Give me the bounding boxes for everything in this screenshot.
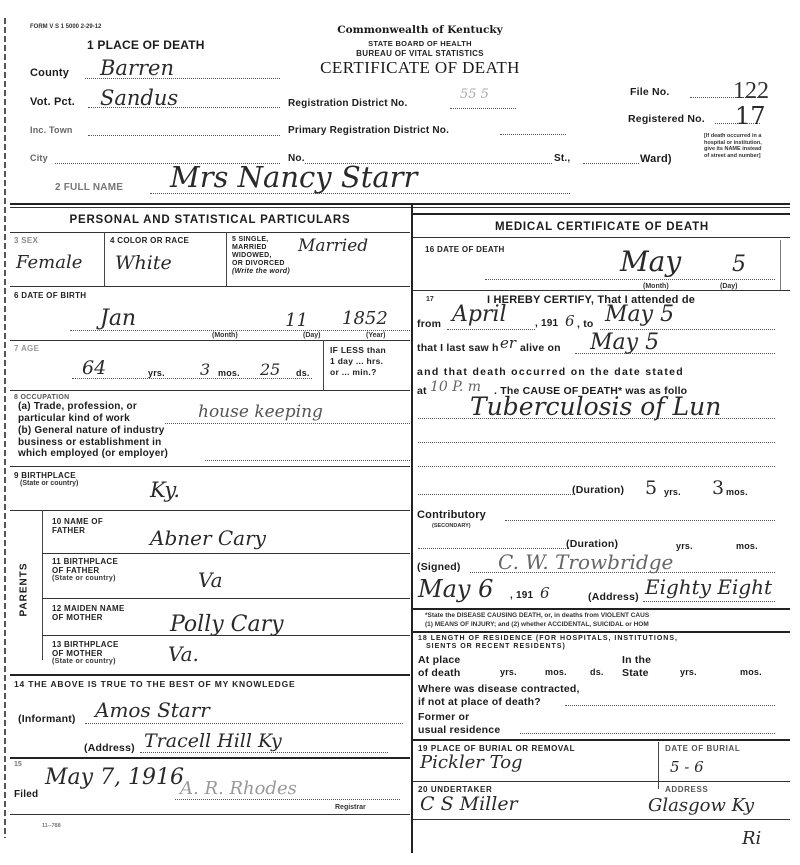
duration2-label: (Duration) (566, 538, 618, 550)
inc-town-label: Inc. Town (30, 125, 73, 135)
marital-label-line: OR DIVORCED (232, 260, 290, 268)
date-of-death-day: 5 (732, 252, 746, 277)
rule (42, 598, 410, 599)
informant-value: Amos Starr (95, 698, 210, 722)
primary-registration-label: Primary Registration District No. (288, 125, 449, 136)
informant-line (85, 723, 403, 724)
less-than-day-label: IF LESS than 1 day ... hrs. or ... min.? (330, 345, 386, 378)
secondary-label: (SECONDARY) (432, 522, 471, 530)
duration2-yrs-label: yrs. (676, 541, 693, 551)
burial-date-value: 5 - 6 (670, 758, 704, 776)
attended-to-value: May 5 (605, 302, 674, 327)
physician-address-line (643, 601, 775, 602)
occupation-b-label: (b) General nature of industry business … (18, 425, 168, 460)
vot-pct-value: Sandus (100, 86, 178, 110)
rule (10, 390, 410, 391)
rule (10, 466, 410, 467)
occupation-a-value: house keeping (198, 402, 323, 422)
res-ds-label: ds. (590, 667, 604, 677)
mother-birthplace-label-line: OF MOTHER (52, 649, 119, 658)
occupation-a-label: (a) Trade, profession, or particular kin… (18, 401, 137, 424)
full-name-value: Mrs Nancy Starr (170, 160, 417, 194)
rule (10, 340, 410, 341)
burial-date-label: DATE OF BURIAL (665, 744, 740, 753)
less-than-line: IF LESS than (330, 345, 386, 356)
race-label: 4 COLOR OR RACE (110, 236, 189, 245)
residence-label: 18 LENGTH OF RESIDENCE (FOR HOSPITALS, I… (418, 635, 678, 651)
attended-year-prefix: , 191 (535, 318, 558, 329)
residence-label-line: SIENTS OR RECENT RESIDENTS) (426, 643, 678, 651)
parents-label: PARENTS (19, 560, 30, 620)
commonwealth-title: Commonwealth of Kentucky (290, 24, 550, 36)
full-name-label: 2 FULL NAME (55, 182, 123, 193)
ward-line (583, 163, 639, 164)
cause-of-death-value: Tuberculosis of Lun (470, 392, 721, 421)
occupation-a-line (165, 423, 410, 424)
rule (413, 781, 790, 782)
rule (413, 739, 790, 741)
last-saw-pronoun: er (500, 334, 516, 352)
rule (42, 635, 410, 636)
rule (413, 608, 790, 610)
age-years: 64 (82, 357, 106, 379)
cause-footnote: *State the DISEASE CAUSING DEATH, or, in… (425, 612, 649, 629)
footnote-line: (1) MEANS OF INJURY; and (2) whether ACC… (425, 621, 649, 630)
dob-day: 11 (285, 310, 308, 331)
signed-year-prefix: , 191 (510, 590, 533, 601)
duration-years-value: 5 (645, 477, 657, 499)
dob-day-caption: (Day) (303, 332, 321, 340)
father-name-value: Abner Cary (150, 526, 266, 550)
rule (10, 814, 410, 815)
time-at-label: at (417, 385, 427, 397)
contracted-line (565, 705, 775, 706)
contracted-label: Where was disease contracted, if not at … (418, 683, 580, 709)
attended-from-label: from (417, 318, 441, 330)
alive-on-value: May 5 (590, 330, 659, 355)
informant-address-label: (Address) (84, 742, 135, 754)
mother-birthplace-label-line: 13 BIRTHPLACE (52, 640, 119, 649)
registrar-signature: A. R. Rhodes (180, 778, 297, 799)
city-label: City (30, 153, 48, 163)
page-left-edge (4, 18, 6, 838)
duration2-line (418, 548, 568, 549)
cause-line-2 (418, 442, 775, 443)
signed-label: (Signed) (417, 561, 461, 573)
duration-months-value: 3 (712, 477, 724, 499)
less-than-line: or ... min.? (330, 367, 386, 378)
father-name-label-line: 10 NAME OF (52, 517, 103, 526)
birthplace-sub-label: (State or country) (20, 480, 78, 488)
column-divider (411, 203, 413, 853)
contributory-label: Contributory (417, 509, 486, 521)
registration-district-line (450, 108, 516, 109)
dob-label: 6 DATE OF BIRTH (14, 291, 86, 300)
less-than-line: 1 day ... hrs. (330, 356, 386, 367)
informant-heading: 14 THE ABOVE IS TRUE TO THE BEST OF MY K… (14, 680, 295, 689)
alive-on-label: alive on (520, 342, 561, 354)
occurred-text: and that death occurred on the date stat… (417, 366, 684, 378)
occ-b-line: which employed (or employer) (18, 448, 168, 460)
duration-mos-label: mos. (726, 487, 748, 497)
undertaker-address-value: Glasgow Ky (648, 795, 754, 816)
rule (323, 340, 324, 390)
age-months: 3 (200, 360, 210, 379)
board-title: STATE BOARD OF HEALTH (290, 39, 550, 48)
age-days: 25 (260, 360, 280, 379)
page-title: CERTIFICATE OF DEATH (290, 58, 550, 78)
duration-label: (Duration) (572, 484, 624, 496)
at-place-line: At place (418, 654, 460, 667)
filed-label: Filed (14, 789, 38, 800)
certificate-header: Commonwealth of Kentucky STATE BOARD OF … (290, 24, 550, 78)
former-residence-label: Former or usual residence (418, 711, 500, 737)
undertaker-value: C S Miller (420, 793, 518, 815)
mother-name-label-line: OF MOTHER (52, 613, 125, 622)
dob-month: Jan (100, 306, 136, 331)
duration-line (418, 494, 573, 495)
contracted-line: Where was disease contracted, (418, 683, 580, 696)
attended-to-label: , to (577, 318, 594, 330)
sex-value: Female (16, 252, 82, 273)
marital-label: 5 SINGLE, MARRIED WIDOWED, OR DIVORCED (… (232, 236, 290, 276)
rule (226, 232, 227, 286)
right-edge (780, 240, 781, 290)
marital-label-line: MARRIED (232, 244, 290, 252)
duration2-mos-label: mos. (736, 541, 758, 551)
attended-from-value: April (452, 302, 507, 327)
occ-a-line: (a) Trade, profession, or (18, 401, 137, 413)
rule (42, 553, 410, 554)
mother-birthplace-label: 13 BIRTHPLACE OF MOTHER (State or countr… (52, 640, 119, 666)
last-saw-label: that I last saw h (417, 342, 499, 354)
certify-number: 17 (426, 296, 434, 304)
footnote-line: *State the DISEASE CAUSING DEATH, or, in… (425, 612, 649, 621)
rule (104, 232, 105, 286)
mother-birthplace-label-line: (State or country) (52, 658, 119, 666)
in-state-line: In the (622, 654, 651, 667)
contracted-line: if not at place of death? (418, 696, 580, 709)
registered-no-value: 17 (735, 102, 766, 130)
county-label: County (30, 67, 69, 79)
burial-place-value: Pickler Tog (420, 752, 523, 773)
former-line: usual residence (418, 724, 500, 737)
rule (10, 286, 410, 287)
in-state-line: State (622, 667, 651, 680)
dob-year-caption: (Year) (366, 332, 385, 340)
mother-name-value: Polly Cary (170, 612, 284, 637)
footer-code: 11--788 (42, 822, 61, 830)
inc-town-line (88, 135, 280, 136)
at-place-line: of death (418, 667, 460, 680)
birthplace-label: 9 BIRTHPLACE (14, 471, 76, 480)
bureau-title: BUREAU OF VITAL STATISTICS (290, 49, 550, 58)
age-yrs-label: yrs. (148, 368, 165, 378)
rule (413, 819, 790, 820)
primary-registration-line (500, 134, 566, 135)
residence-label-line: 18 LENGTH OF RESIDENCE (FOR HOSPITALS, I… (418, 635, 678, 643)
place-of-death-label: 1 PLACE OF DEATH (87, 38, 205, 52)
street-label: St., (554, 153, 570, 164)
father-birthplace-label-line: 11 BIRTHPLACE (52, 557, 118, 566)
res-mos-label: mos. (545, 667, 567, 677)
margin-note: Ri (742, 828, 761, 849)
marital-value: Married (298, 236, 368, 256)
attended-year: 6 (565, 312, 575, 330)
informant-address-value: Tracell Hill Ky (144, 730, 282, 752)
rule (10, 674, 410, 676)
physician-address-label: (Address) (588, 591, 639, 603)
signed-year-value: 6 (540, 584, 550, 602)
sex-label: 3 SEX (14, 236, 38, 245)
birthplace-value: Ky. (150, 478, 180, 502)
father-birthplace-label: 11 BIRTHPLACE OF FATHER (State or countr… (52, 557, 118, 583)
date-of-death-label: 16 DATE OF DEATH (425, 245, 505, 254)
informant-address-line (140, 752, 388, 753)
registration-district-label: Registration District No. (288, 98, 407, 109)
filed-value: May 7, 1916 (45, 765, 184, 790)
father-birthplace-label-line: (State or country) (52, 575, 118, 583)
in-state-label: In the State (622, 654, 651, 680)
personal-section-title: PERSONAL AND STATISTICAL PARTICULARS (12, 214, 408, 226)
registered-no-label: Registered No. (628, 113, 705, 125)
header-divider-2 (10, 207, 790, 208)
contributory-line (505, 520, 775, 521)
medical-section-title: MEDICAL CERTIFICATE OF DEATH (414, 221, 790, 233)
former-residence-line (520, 733, 775, 734)
father-birthplace-label-line: OF FATHER (52, 566, 118, 575)
mother-name-label: 12 MAIDEN NAME OF MOTHER (52, 604, 125, 622)
file-no-value: 122 (733, 78, 769, 105)
state-mos-label: mos. (740, 667, 762, 677)
rule (10, 510, 410, 511)
father-birthplace-value: Va (198, 568, 223, 592)
rule (10, 757, 410, 759)
duration-yrs-label: yrs. (664, 487, 681, 497)
registrar-label: Registrar (335, 804, 366, 812)
header-divider (10, 203, 790, 205)
marital-label-line: 5 SINGLE, (232, 236, 290, 244)
filed-number: 15 (14, 761, 22, 769)
file-no-label: File No. (630, 86, 670, 98)
signed-date-value: May 6 (418, 575, 493, 603)
form-number: FORM V S 1 5000 2-29-12 (30, 23, 101, 31)
mother-name-label-line: 12 MAIDEN NAME (52, 604, 125, 613)
occ-b-line: (b) General nature of industry (18, 425, 168, 437)
date-of-death-month: May (620, 245, 681, 278)
marital-label-line: WIDOWED, (232, 252, 290, 260)
informant-label: (Informant) (18, 713, 76, 725)
attended-from-line (447, 329, 535, 330)
marital-label-line: (Write the word) (232, 268, 290, 276)
rule (413, 290, 790, 291)
race-value: White (115, 252, 172, 274)
father-name-label-line: FATHER (52, 526, 103, 535)
hospital-side-note: [If death occurred in a hospital or inst… (704, 133, 762, 159)
physician-address-value: Eighty Eight (645, 575, 772, 599)
dob-month-caption: (Month) (212, 332, 238, 340)
father-name-label: 10 NAME OF FATHER (52, 517, 103, 535)
state-yrs-label: yrs. (680, 667, 697, 677)
at-place-label: At place of death (418, 654, 460, 680)
rule (42, 510, 43, 660)
registrar-line (175, 799, 400, 800)
physician-signature: C. W. Trowbridge (498, 550, 673, 574)
mother-birthplace-value: Va. (168, 642, 199, 666)
registration-district-value: 55 5 (460, 87, 489, 102)
occ-a-line: particular kind of work (18, 413, 137, 425)
ward-label: Ward) (640, 153, 672, 165)
age-label: 7 AGE (14, 344, 39, 353)
former-line: Former or (418, 711, 500, 724)
rule (10, 232, 410, 233)
res-yrs-label: yrs. (500, 667, 517, 677)
cause-line-3 (418, 466, 775, 467)
dob-year: 1852 (342, 308, 388, 329)
occupation-b-line (205, 460, 410, 461)
county-value: Barren (100, 56, 174, 80)
date-of-death-line (485, 279, 775, 280)
vot-pct-label: Vot. Pct. (30, 96, 75, 108)
age-mos-label: mos. (218, 368, 240, 378)
rule (413, 237, 790, 238)
rule (413, 631, 790, 633)
occ-b-line: business or establishment in (18, 437, 168, 449)
undertaker-address-label: ADDRESS (665, 785, 708, 794)
rule (413, 213, 790, 215)
age-ds-label: ds. (296, 368, 310, 378)
